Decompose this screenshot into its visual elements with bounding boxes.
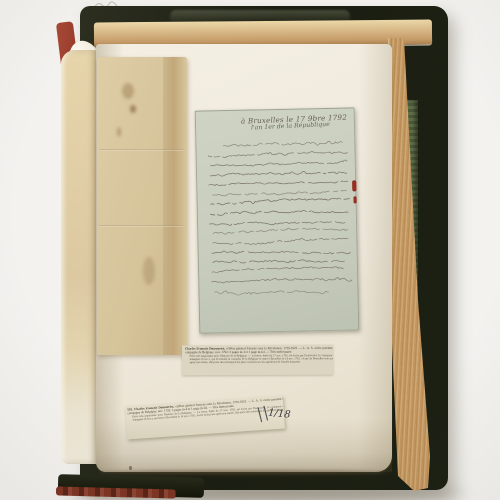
document-stain [117,127,121,137]
handwriting-lines [196,108,359,332]
document-stain [130,105,136,113]
document-stain [122,83,134,99]
document-crease [99,225,183,227]
document-crease [99,149,183,151]
document-fold-band [163,57,187,355]
leather-spine-accent-bottom [56,486,176,498]
wax-seal-remnant [352,180,356,191]
caption-card: Charles François Dumouriez, célèbre géné… [182,345,333,376]
caption-note: Pièce très importante pour l'histoire de… [189,354,333,364]
price-annotation-text: 1/18 [268,407,291,420]
page-stain-speck [129,466,132,470]
gutter-leaf-edge [61,50,98,464]
tipped-in-folded-document [97,57,187,355]
autograph-letter: à Bruxelles le 17 9bre 1792 l'an 1er de … [195,107,360,333]
price-annotation: 1/18 [254,397,299,433]
photo-stage: à Bruxelles le 17 9bre 1792 l'an 1er de … [0,0,500,500]
document-stain [143,257,155,285]
page-bottom-edge [98,470,390,475]
wax-seal-remnant [354,196,357,203]
